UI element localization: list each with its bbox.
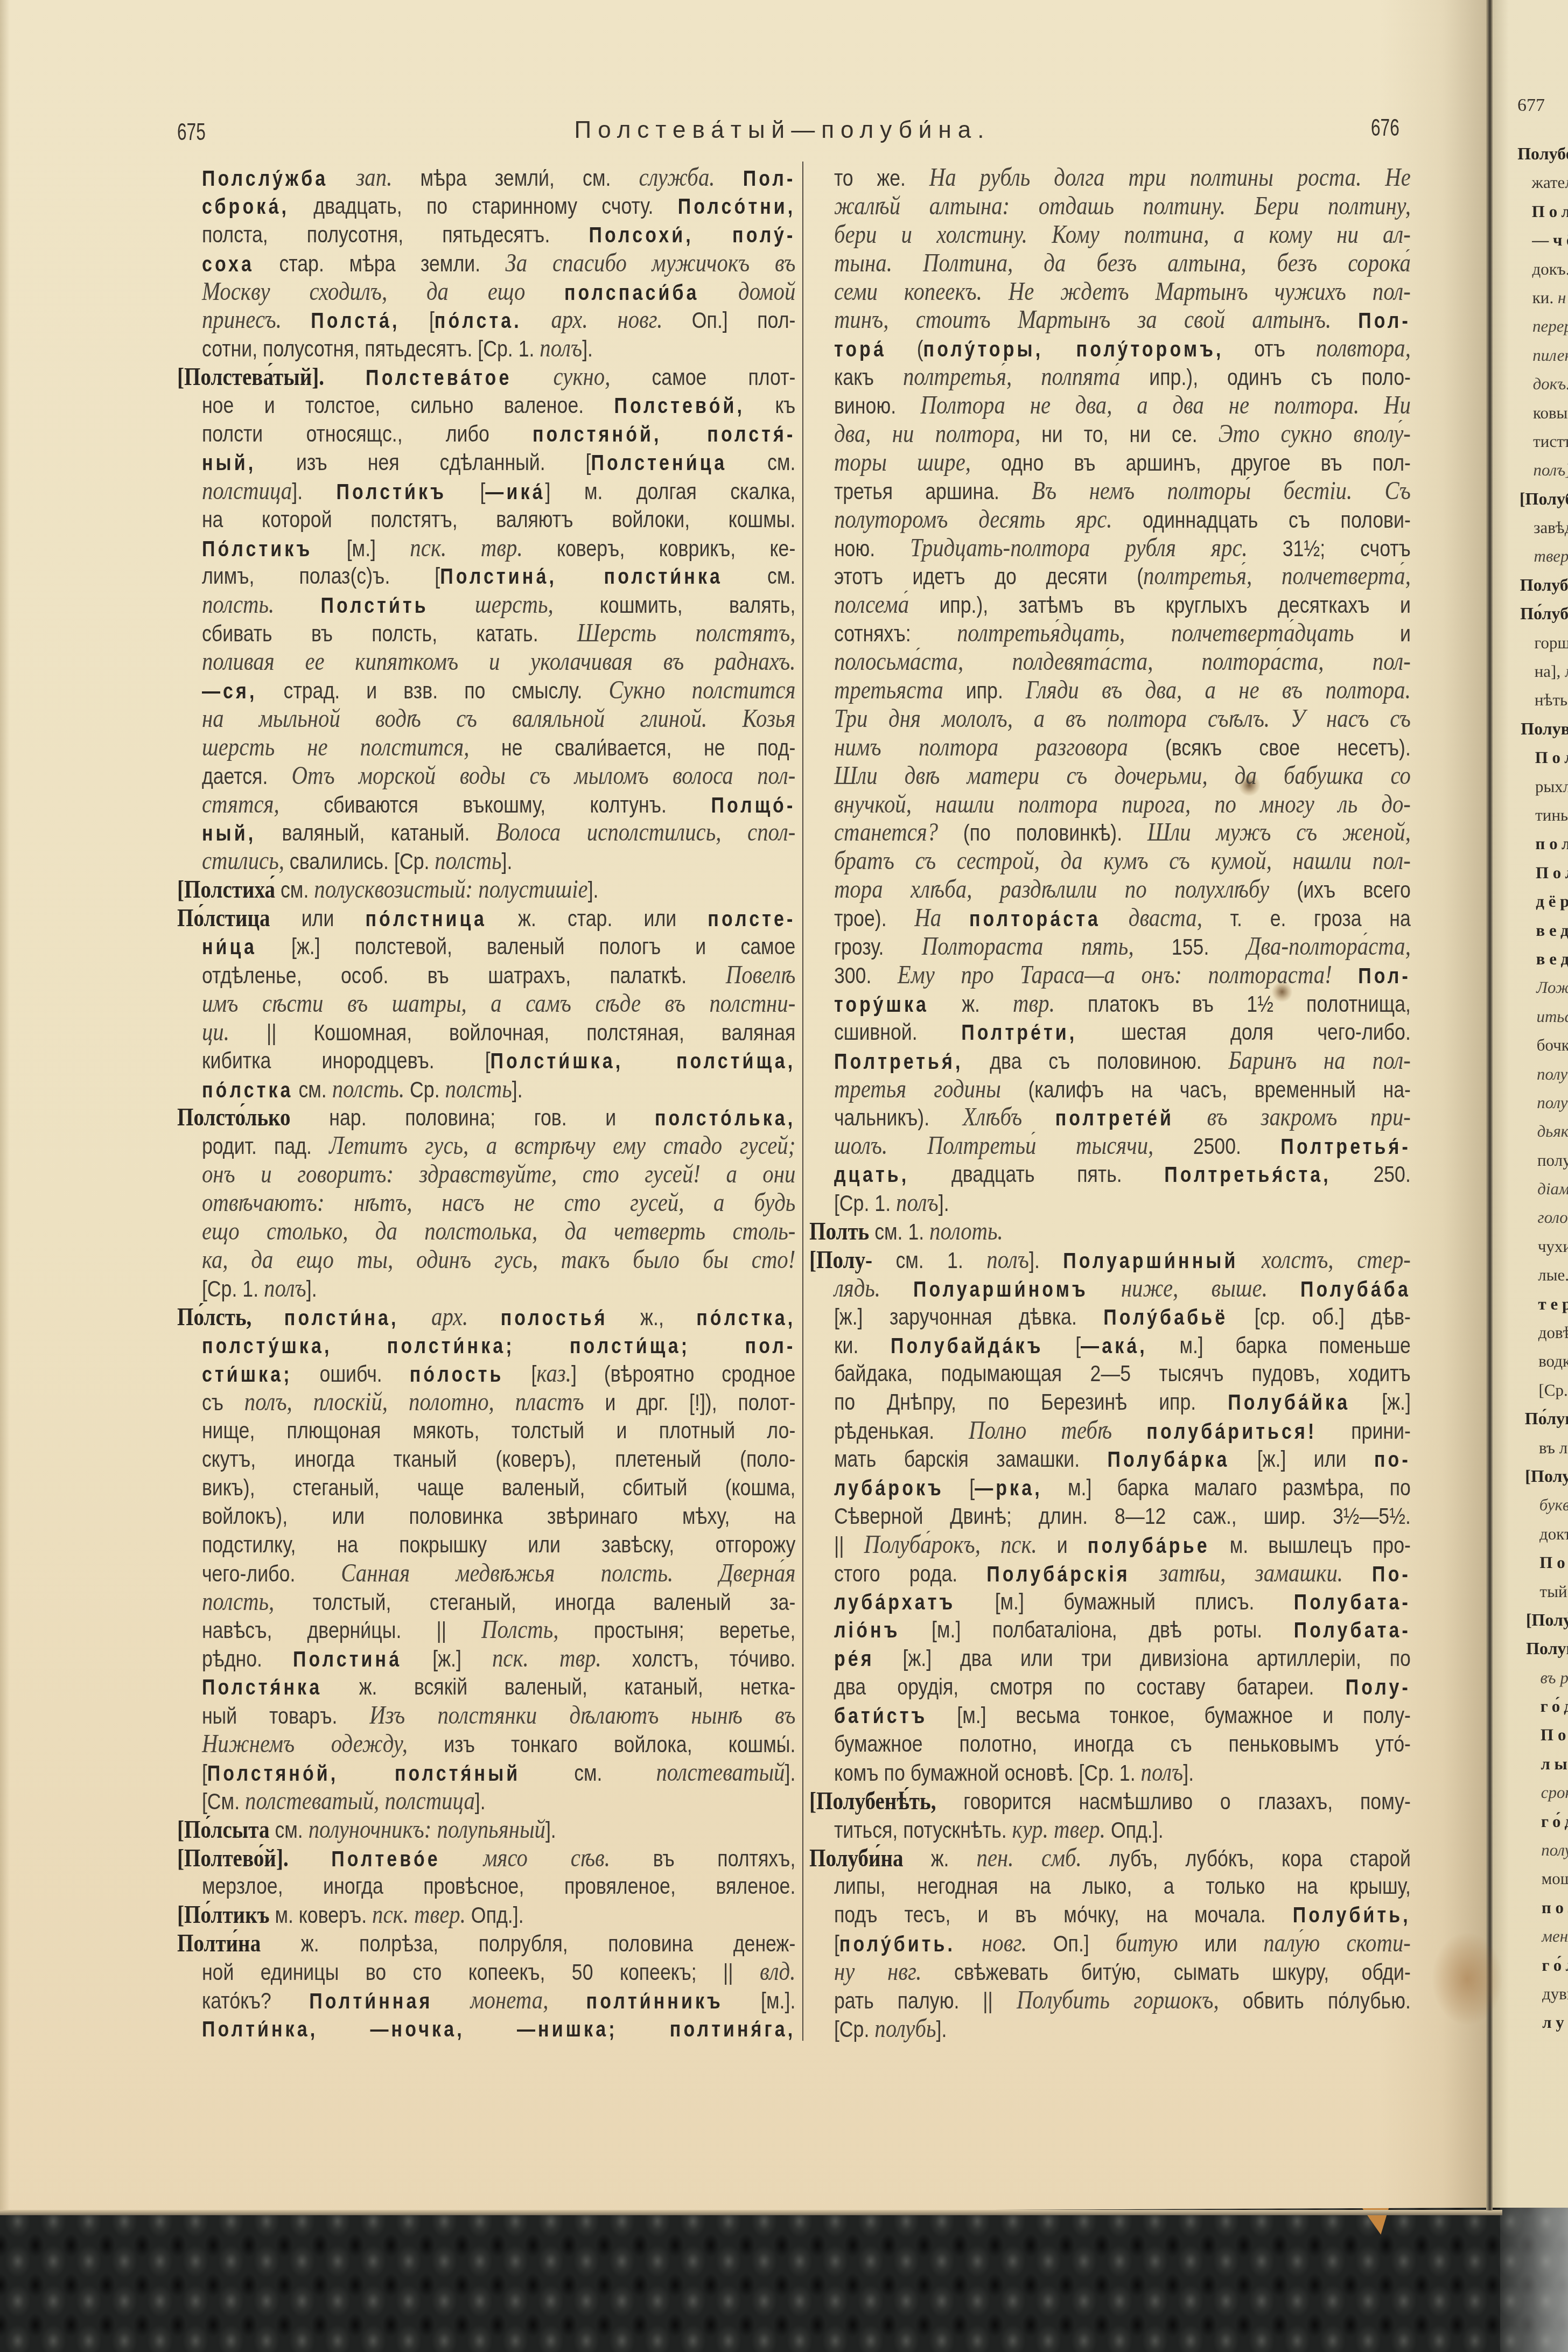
definition-text bbox=[955, 1931, 982, 1956]
italic-example: жалѣй алтына: отдашь полтину. Бери полти… bbox=[834, 192, 1411, 220]
italic-example: полъ]. bbox=[1533, 460, 1568, 479]
text-line: полсту́шка, полсти́нка; полсти́ща; пол- bbox=[177, 1332, 795, 1360]
text-line: ну нвг. свѣжевать биту́ю, сымать шкуру, … bbox=[809, 1958, 1411, 1986]
spaced-headword: По- bbox=[1372, 1563, 1411, 1586]
text-line: полсти относящс., либо полстяно́й, полст… bbox=[177, 420, 795, 449]
headword: [Полуб bbox=[1520, 489, 1568, 508]
definition-text bbox=[522, 307, 551, 333]
definition-text: довѣ bbox=[1538, 1323, 1568, 1342]
headword: [Полубенѣ́ть, bbox=[809, 1787, 936, 1815]
text-line: ный, изъ нея сдѣланный. [Полстени́ца см. bbox=[177, 449, 795, 477]
spaced-headword: —рка, bbox=[975, 1476, 1042, 1500]
text-line: два, ни полтора, ни то, ни се. Это сукно… bbox=[809, 420, 1411, 449]
definition-text: ]. bbox=[1183, 1760, 1194, 1786]
text-line: тистъ. bbox=[1519, 427, 1568, 456]
text-line: чухи bbox=[1524, 1232, 1568, 1261]
definition-text: и bbox=[1354, 621, 1411, 646]
text-line: полосьма́ста, полдевята́ста, полтора́ста… bbox=[809, 648, 1411, 676]
definition-text: къ bbox=[745, 393, 795, 418]
text-line: Полу bbox=[1525, 1548, 1568, 1577]
definition-text: тины bbox=[1535, 806, 1568, 824]
spaced-headword: Полубайда́къ bbox=[891, 1334, 1044, 1358]
text-line: нимъ полтора разговора (всякъ свое несет… bbox=[809, 733, 1411, 762]
definition-text: 31½; счотъ bbox=[1248, 536, 1411, 561]
definition-text: 2500. bbox=[1153, 1133, 1280, 1159]
headword: [Полстева́тый]. bbox=[177, 363, 324, 390]
text-line: [ж.] заручонная дѣвка. Полу́бабьё [ср. о… bbox=[809, 1303, 1411, 1332]
definition-text: ни то, ни се. bbox=[1020, 422, 1219, 447]
spaced-headword: Полу bbox=[1535, 748, 1568, 767]
spaced-headword: Полубата- bbox=[1294, 1591, 1411, 1614]
italic-example: лядь. bbox=[834, 1275, 880, 1303]
text-line: докъ. bbox=[1518, 255, 1568, 283]
definition-text: трое). bbox=[834, 906, 914, 931]
definition-text: ]. bbox=[939, 1191, 949, 1216]
text-line: сброка́, двадцать, по старинному счоту. … bbox=[177, 192, 795, 221]
definition-text: ный товаръ. bbox=[202, 1703, 369, 1728]
definition-text: (всякъ свое несетъ). bbox=[1128, 735, 1411, 760]
definition-text bbox=[1332, 963, 1358, 988]
definition-text: самое плот- bbox=[610, 365, 795, 390]
text-line: тора́ (полу́торы, полу́торомъ, отъ полвт… bbox=[809, 334, 1411, 363]
spaced-headword: Полстина́, полсти́нка bbox=[440, 565, 723, 589]
spaced-headword: Пол- bbox=[1358, 964, 1411, 988]
spaced-headword: го́д bbox=[1541, 1697, 1568, 1716]
text-line: на которой полстятъ, валяютъ войлоки, ко… bbox=[177, 506, 795, 534]
italic-example: полъ bbox=[1141, 1759, 1184, 1787]
definition-text: см. bbox=[727, 450, 795, 475]
definition-text: и bbox=[1037, 1532, 1088, 1558]
definition-text: [ bbox=[834, 1931, 839, 1956]
definition-text: ]. bbox=[475, 1789, 486, 1814]
text-line: лые. bbox=[1524, 1261, 1568, 1289]
text-line: стились, свалились. [Ср. полсть]. bbox=[177, 847, 795, 876]
definition-text: Оп.] bbox=[1027, 1931, 1116, 1956]
text-line: на мыльной водѣ съ валяльной глиной. Коз… bbox=[177, 705, 795, 733]
spaced-headword: теръ bbox=[1538, 1294, 1568, 1313]
spaced-headword: Полстя́нка bbox=[202, 1676, 322, 1699]
text-line: дёрк bbox=[1522, 887, 1568, 915]
definition-text: прини- bbox=[1317, 1418, 1411, 1444]
text-line: По́лсть, полсти́на, арх. полостья́ ж., п… bbox=[177, 1303, 795, 1332]
definition-text: свалились. [Ср. bbox=[284, 849, 435, 874]
italic-example: каз. bbox=[536, 1360, 571, 1388]
italic-example: Шерсть полстятъ, bbox=[577, 619, 796, 647]
spaced-headword: ный, bbox=[202, 451, 256, 475]
text-line: полун bbox=[1523, 1088, 1568, 1117]
text-line: бати́стъ [м.] весьма тонкое, бумажное и … bbox=[809, 1702, 1411, 1730]
text-line: Полслу́жба зап. мѣра земли́, см. служба.… bbox=[177, 164, 795, 192]
spaced-headword: ведё bbox=[1536, 921, 1568, 940]
spaced-headword: —ся, bbox=[202, 680, 257, 703]
definition-text bbox=[274, 592, 320, 618]
definition-text: ]. bbox=[936, 2017, 947, 2042]
definition-text: рѣдно. bbox=[202, 1646, 293, 1671]
italic-example: Ему про Тараса—а онъ: полтораста! bbox=[898, 961, 1332, 989]
running-title: Полстева́тый—полуби́на. bbox=[572, 115, 992, 145]
italic-example: стились, bbox=[202, 847, 284, 875]
spaced-headword: Полуба́рка bbox=[1107, 1448, 1229, 1472]
italic-example: полус bbox=[1537, 1065, 1568, 1083]
spaced-headword: Пол bbox=[1541, 1725, 1568, 1744]
text-line: третья аршина. Въ немъ полторы́ бестіи. … bbox=[809, 477, 1411, 506]
definition-text: м. коверъ. bbox=[269, 1902, 372, 1928]
definition-text: сбиваются въкошму, колтунъ. bbox=[279, 792, 711, 817]
text-line: нѣть, bbox=[1521, 685, 1568, 714]
text-line: водк bbox=[1524, 1347, 1568, 1375]
italic-example: тинъ, стоитъ Мартынъ за свой алтынъ. bbox=[834, 306, 1331, 334]
definition-text: Опд.]. bbox=[1105, 1817, 1164, 1843]
definition-text: 250. bbox=[1331, 1161, 1411, 1187]
text-line: голод bbox=[1523, 1203, 1568, 1231]
definition-text bbox=[1343, 1561, 1372, 1586]
text-line: полстица]. Полсти́къ [—ика́] м. долгая с… bbox=[177, 477, 795, 506]
spaced-headword: Полу́бабьё bbox=[1103, 1306, 1228, 1329]
italic-example: ниже, выше. bbox=[1121, 1275, 1268, 1303]
spaced-headword: полтора́ста bbox=[969, 907, 1101, 931]
text-line: [Полу́го bbox=[1526, 1606, 1568, 1634]
definition-text bbox=[251, 1305, 284, 1330]
definition-text: свѣжевать биту́ю, сымать шкуру, обди- bbox=[922, 1959, 1411, 1985]
definition-text: м.] барка малаго размѣра, по bbox=[1042, 1475, 1411, 1500]
text-line: Полуго́д bbox=[1526, 1634, 1568, 1663]
text-line: Ложи bbox=[1522, 973, 1568, 1002]
text-line: Полува́л bbox=[1521, 715, 1568, 743]
text-line: дцать, двадцать пять. Полтретья́ста, 250… bbox=[809, 1160, 1411, 1189]
text-line: ки. Полубайда́къ [—ака́, м.] барка помен… bbox=[809, 1332, 1411, 1360]
text-line: тору́шка ж. твр. платокъ въ 1½ полотнища… bbox=[809, 990, 1411, 1018]
spaced-headword: Пол- bbox=[743, 167, 796, 191]
definition-text: ж. bbox=[904, 1846, 977, 1871]
definition-text: лые. bbox=[1538, 1265, 1568, 1284]
definition-text: [Ср. 1. bbox=[202, 1276, 264, 1301]
spaced-headword: полсти́на, bbox=[284, 1306, 399, 1330]
spaced-headword: Полстина́ bbox=[293, 1648, 402, 1671]
text-line: родит. пад. Летитъ гусь, а встрѣчу ему с… bbox=[177, 1132, 795, 1160]
text-line: комъ по бумажной основѣ. [Ср. 1. полъ]. bbox=[809, 1759, 1411, 1787]
italic-example: Шли двѣ матери съ дочерьми, да бабушка с… bbox=[834, 762, 1411, 790]
spaced-headword: бати́стъ bbox=[834, 1704, 928, 1728]
definition-text: [ bbox=[1044, 1333, 1081, 1358]
italic-example: монета, bbox=[471, 1986, 549, 2014]
spaced-headword: ліо́нъ bbox=[834, 1619, 900, 1642]
definition-text: [ bbox=[504, 1361, 537, 1387]
spaced-headword: полу́торы, полу́торомъ, bbox=[923, 338, 1224, 361]
definition-text: водк bbox=[1538, 1352, 1568, 1370]
definition-text: см. bbox=[520, 1760, 656, 1786]
definition-text bbox=[715, 165, 743, 191]
definition-text bbox=[525, 279, 564, 305]
definition-text: (ихъ всего bbox=[1269, 877, 1411, 902]
definition-text: рать палую. || bbox=[834, 1988, 1017, 2013]
text-line: По́луг bbox=[1525, 1404, 1568, 1433]
text-line: [Ср. 1. полъ]. bbox=[177, 1275, 795, 1303]
text-line: имъ сѣсти въ шатры, а самъ сѣде въ полст… bbox=[177, 990, 795, 1018]
definition-text: титься, потускнѣть. bbox=[834, 1817, 1012, 1843]
spaced-headword: Полу- bbox=[1346, 1676, 1411, 1699]
italic-example: полтретья́, полчетверта́, bbox=[1143, 562, 1411, 590]
italic-example: третьяста bbox=[834, 676, 943, 704]
text-line: сотняхъ: полтретья́дцать, полчетверта́дц… bbox=[809, 619, 1411, 648]
italic-example: шерсть, bbox=[475, 591, 554, 619]
italic-example: полосьма́ста, полдевята́ста, полтора́ста… bbox=[834, 648, 1411, 676]
definition-text: двадцать, по старинному счоту. bbox=[289, 193, 678, 219]
spaced-headword: полспаси́ба bbox=[564, 281, 699, 305]
spaced-headword: го́д bbox=[1541, 1812, 1568, 1831]
definition-text bbox=[1268, 1276, 1300, 1301]
italic-example: голод bbox=[1537, 1208, 1568, 1227]
definition-text: ипр. bbox=[943, 678, 1026, 703]
text-line: лядь. Полуарши́номъ ниже, выше. Полуба́б… bbox=[809, 1275, 1411, 1303]
definition-text: ж. стар. или bbox=[487, 906, 708, 931]
text-line: срок bbox=[1527, 1778, 1568, 1807]
definition-text: [Ср. 1. bbox=[834, 1191, 896, 1216]
spaced-headword: Полслу́жба bbox=[202, 167, 328, 191]
definition-text bbox=[699, 279, 738, 305]
definition-text: бочка bbox=[1537, 1035, 1568, 1054]
italic-example: два, ни полтора, bbox=[834, 420, 1020, 448]
text-line: Полстя́нка ж. всякій валеный, катаный, н… bbox=[177, 1673, 795, 1702]
spaced-headword: полсту́шка, полсти́нка; полсти́ща; пол- bbox=[202, 1334, 795, 1358]
text-line: полу bbox=[1521, 829, 1568, 858]
italic-example: полуночникъ: полупьяный bbox=[309, 1816, 545, 1844]
spaced-headword: Полу bbox=[1536, 863, 1568, 882]
italic-example: Изъ полстянки дѣлаютъ нынѣ въ bbox=[369, 1702, 795, 1730]
definition-text: см. 1. bbox=[869, 1219, 929, 1244]
definition-text: ] м. долгая скалка, bbox=[545, 479, 796, 504]
definition-text: сбивать въ полсть, катать. bbox=[202, 621, 577, 646]
text-line: тинъ, стоитъ Мартынъ за свой алтынъ. Пол… bbox=[809, 306, 1411, 334]
text-line: то же. На рубль долга три полтины роста.… bbox=[809, 164, 1411, 192]
definition-text: мѣра земли́, см. bbox=[392, 165, 639, 191]
definition-text: отдѣленье, особ. въ шатрахъ, палаткѣ. bbox=[202, 963, 726, 988]
text-line: ка, да ещо ты, одинъ гусь, такъ было бы … bbox=[177, 1246, 795, 1275]
definition-text: страд. и взв. по смыслу. bbox=[257, 678, 608, 703]
paper-stain bbox=[1432, 1933, 1502, 2025]
text-line: чальникъ). Хлѣбъ полтрете́й въ закромъ п… bbox=[809, 1103, 1411, 1132]
italic-example: дьяко bbox=[1537, 1122, 1568, 1140]
definition-text bbox=[324, 365, 366, 390]
definition-text: нѣть, bbox=[1535, 690, 1568, 709]
text-line: докъ. bbox=[1518, 369, 1568, 398]
text-line: завѣд bbox=[1520, 513, 1568, 542]
definition-text: ки. bbox=[1532, 288, 1558, 307]
italic-example: мясо сѣв. bbox=[483, 1844, 610, 1872]
italic-example: полсть, bbox=[202, 1588, 274, 1616]
text-line: байдака, подымающая 2—5 тысячъ пудовъ, х… bbox=[809, 1360, 1411, 1388]
italic-example: полтретья́дцать, полчетверта́дцать bbox=[957, 619, 1354, 647]
text-line: меня bbox=[1528, 1922, 1568, 1950]
definition-text: обвить по́лубью. bbox=[1219, 1988, 1411, 2013]
definition-text: ное и толстое, сильно валеное. bbox=[202, 393, 614, 418]
text-line: отдѣленье, особ. въ шатрахъ, палаткѣ. По… bbox=[177, 961, 795, 990]
text-line: на], л bbox=[1521, 657, 1568, 685]
italic-example: тора хлѣба, раздѣлили по полухлѣбу bbox=[834, 876, 1269, 904]
text-line: внучкой, нашли полтора пирога, по многу … bbox=[809, 790, 1411, 819]
text-line: торы шире, одно въ аршинъ, другое въ пол… bbox=[809, 449, 1411, 477]
italic-example: твер. bbox=[1534, 547, 1568, 565]
text-line: луба́рхатъ [м.] бумажный плисъ. Полубата… bbox=[809, 1588, 1411, 1616]
definition-text: [Ср. bbox=[1538, 1381, 1567, 1399]
text-line: По́лстица или по́лстница ж. стар. или по… bbox=[177, 904, 795, 933]
definition-text: ковым bbox=[1533, 403, 1568, 422]
definition-text: [м.]. bbox=[723, 1988, 795, 2013]
definition-text bbox=[694, 222, 732, 247]
text-line: тына. Полтина, да безъ алтына, безъ соро… bbox=[809, 249, 1411, 278]
definition-text: ]. bbox=[785, 1760, 796, 1786]
spaced-headword: по́лстка, bbox=[696, 1306, 795, 1330]
definition-text: ]. bbox=[1029, 1248, 1063, 1273]
definition-text bbox=[289, 1846, 332, 1871]
italic-example: Два-полтора́ста, bbox=[1247, 933, 1411, 961]
text-line: Три дня мололъ, а въ полтора съѣлъ. У на… bbox=[809, 705, 1411, 733]
italic-example: стятся, bbox=[202, 790, 279, 818]
spaced-headword: Полтретья́ста, bbox=[1164, 1163, 1331, 1187]
spaced-headword: Полти́нка, —ночка, —нишка; полтиня́га, bbox=[202, 2018, 795, 2041]
surface-glare bbox=[1500, 2203, 1568, 2352]
italic-example: ну нвг. bbox=[834, 1958, 922, 1986]
italic-example: дваста, bbox=[1129, 904, 1202, 932]
italic-example: Хлѣбъ bbox=[963, 1103, 1023, 1131]
italic-example: шолъ. Полтретьи́ тысячи, bbox=[834, 1132, 1153, 1160]
headword: Полсто́лько bbox=[177, 1103, 291, 1131]
spaced-headword: полу́- bbox=[732, 223, 795, 247]
text-line: Полтретья́, два съ половиною. Баринъ на … bbox=[809, 1047, 1411, 1075]
definition-text: ] (вѣроятно сродное bbox=[571, 1361, 795, 1387]
definition-text: или bbox=[270, 906, 366, 931]
definition-text bbox=[512, 365, 553, 390]
definition-text bbox=[880, 1276, 913, 1301]
definition-text: [ж.] или bbox=[1229, 1446, 1374, 1472]
italic-example: пск. твр. bbox=[410, 534, 522, 562]
definition-text: говорится насмѣшливо о глазахъ, пому- bbox=[936, 1789, 1410, 1814]
italic-example: пен. смб. bbox=[977, 1844, 1082, 1872]
text-line: поливая ее кипяткомъ и уколачивая въ рад… bbox=[177, 648, 795, 676]
spaced-headword: по́лста. bbox=[435, 309, 522, 333]
text-line: иться bbox=[1522, 1002, 1568, 1031]
italic-example: На bbox=[914, 904, 941, 932]
italic-example: торы шире, bbox=[834, 449, 971, 477]
text-line: бочка bbox=[1523, 1031, 1568, 1059]
definition-text: [ж.] заручонная дѣвка. bbox=[834, 1304, 1103, 1329]
text-line: дувы bbox=[1528, 1979, 1568, 2008]
definition-text: отъ bbox=[1224, 336, 1316, 361]
definition-text: завѣд bbox=[1534, 518, 1568, 537]
text-line: принесъ. Полста́, [по́лста. арх. новг. О… bbox=[177, 306, 795, 334]
text-line: по́лстка см. полсть. Ср. полсть]. bbox=[177, 1075, 795, 1104]
text-line: нище, плющоная мякоть, толстый и плотный… bbox=[177, 1417, 795, 1445]
column-divider bbox=[802, 162, 803, 2041]
definition-text: горшк bbox=[1534, 633, 1568, 652]
italic-example: полсть. bbox=[202, 591, 274, 619]
text-line: полъ]. bbox=[1519, 456, 1568, 484]
text-line: По́лстикъ [м.] пск. твр. коверъ, коврикъ… bbox=[177, 534, 795, 563]
column-right: то же. На рубль долга три полтины роста.… bbox=[809, 164, 1411, 2043]
definition-text: ж. всякій валеный, катаный, нетка- bbox=[322, 1674, 795, 1699]
scanned-book-spread: 675 Полстева́тый—полуби́на. 676 677 Полс… bbox=[0, 0, 1568, 2352]
text-line: луба́рокъ [—рка, м.] барка малаго размѣр… bbox=[809, 1474, 1411, 1502]
spaced-headword: луба́рокъ bbox=[834, 1476, 944, 1500]
italic-example: шерсть не полстится, bbox=[202, 733, 469, 761]
text-line: лугб bbox=[1528, 2008, 1568, 2036]
italic-example: букв bbox=[1539, 1495, 1568, 1514]
definition-text: грозу. bbox=[834, 934, 922, 960]
definition-text: этотъ идетъ до десяти ( bbox=[834, 564, 1143, 589]
spaced-headword: Полти́нная bbox=[309, 1990, 432, 2013]
definition-text bbox=[440, 1846, 484, 1871]
definition-text: чальникъ). bbox=[834, 1105, 963, 1130]
text-line: тины bbox=[1521, 801, 1568, 829]
definition-text bbox=[941, 906, 969, 931]
definition-text: скутъ, иногда тканый (коверъ), плетеный … bbox=[202, 1446, 795, 1472]
text-line: мать барскія замашки. Полуба́рка [ж.] ил… bbox=[809, 1445, 1411, 1474]
definition-text: ной единицы во сто копеекъ, 50 копеекъ; … bbox=[202, 1959, 760, 1985]
italic-example: За спасибо мужичокъ въ bbox=[506, 249, 796, 277]
definition-text: въ полтяхъ, bbox=[610, 1846, 795, 1871]
text-line: полу bbox=[1527, 1836, 1568, 1864]
text-line: сшивной. Полтре́ти, шестая доля чего-либ… bbox=[809, 1018, 1411, 1047]
italic-example: Полубить горшокъ, bbox=[1017, 1986, 1219, 2014]
definition-text: ]. bbox=[502, 849, 513, 874]
definition-text bbox=[468, 1305, 500, 1330]
text-line: виною. Полтора не два, а два не полтора.… bbox=[809, 391, 1411, 420]
spaced-headword: го́ло bbox=[1542, 1956, 1568, 1975]
text-line: Москву сходилъ, да ещо полспаси́ба домой bbox=[177, 278, 795, 306]
column-number-left: 675 bbox=[177, 117, 206, 148]
spaced-headword: По́лстикъ bbox=[202, 537, 312, 561]
text-line: тора хлѣба, раздѣлили по полухлѣбу (ихъ … bbox=[809, 876, 1411, 904]
spaced-headword: полстяно́й, полстя́- bbox=[533, 423, 795, 446]
spaced-headword: полг bbox=[1542, 1898, 1568, 1917]
next-page-column-number: 677 bbox=[1517, 90, 1545, 121]
spaced-headword: лый bbox=[1541, 1754, 1568, 1773]
spaced-headword: Полуарши́номъ bbox=[913, 1278, 1088, 1301]
italic-example: Три дня мололъ, а въ полтора съѣлъ. У на… bbox=[834, 705, 1411, 733]
definition-text: липы, негодная на лыко, а только на крыш… bbox=[834, 1873, 1411, 1899]
text-line: 300. Ему про Тараса—а онъ: полтораста! П… bbox=[809, 961, 1411, 990]
definition-text: ж. bbox=[929, 991, 1013, 1017]
italic-example: бери и холстину. Кому полтина, а кому ни… bbox=[834, 221, 1411, 249]
text-line: ковым bbox=[1519, 398, 1568, 427]
spaced-headword: Полстева́тое bbox=[366, 366, 512, 390]
definition-text: коверъ, коврикъ, ке- bbox=[523, 536, 796, 561]
italic-example: полъ, плоскій, полотно, пластъ bbox=[244, 1388, 584, 1416]
italic-example: Сукно полстится bbox=[608, 676, 795, 704]
text-line: Сѣверной Двинѣ; длин. 8—12 саж., шир. 3½… bbox=[809, 1502, 1411, 1531]
headword: Полти́на bbox=[177, 1929, 261, 1957]
spaced-headword: Полсохи́, bbox=[589, 223, 693, 247]
definition-text: дувы bbox=[1542, 1984, 1568, 2003]
spaced-headword: полти́нникъ bbox=[586, 1990, 723, 2013]
text-line: —ся, страд. и взв. по смыслу. Сукно полс… bbox=[177, 676, 795, 705]
italic-example: ка, да ещо ты, одинъ гусь, такъ было бы … bbox=[202, 1246, 795, 1274]
spaced-headword: полсто́лька, bbox=[655, 1107, 795, 1130]
definition-text: жател bbox=[1531, 173, 1568, 192]
spaced-headword: Полстево́й, bbox=[614, 394, 745, 418]
spaced-headword: Полста́, bbox=[311, 309, 400, 333]
text-line: ліо́нъ [м.] полбаталіона, двѣ роты. Полу… bbox=[809, 1616, 1411, 1644]
spaced-headword: полуба́рье bbox=[1088, 1534, 1210, 1558]
text-line: Полу bbox=[1522, 858, 1568, 887]
definition-text: изъ тонкаго войлока, кошмы́. bbox=[408, 1732, 795, 1757]
italic-example: полсть. bbox=[332, 1075, 404, 1103]
headword: Полубо́г bbox=[1517, 144, 1568, 163]
definition-text: то же. bbox=[834, 165, 929, 191]
definition-text: какъ bbox=[834, 365, 903, 390]
italic-example: полвтора, bbox=[1316, 334, 1411, 362]
definition-text: Сѣверной Двинѣ; длин. 8—12 саж., шир. 3½… bbox=[834, 1503, 1411, 1529]
spaced-headword: Полубата- bbox=[1294, 1619, 1411, 1642]
